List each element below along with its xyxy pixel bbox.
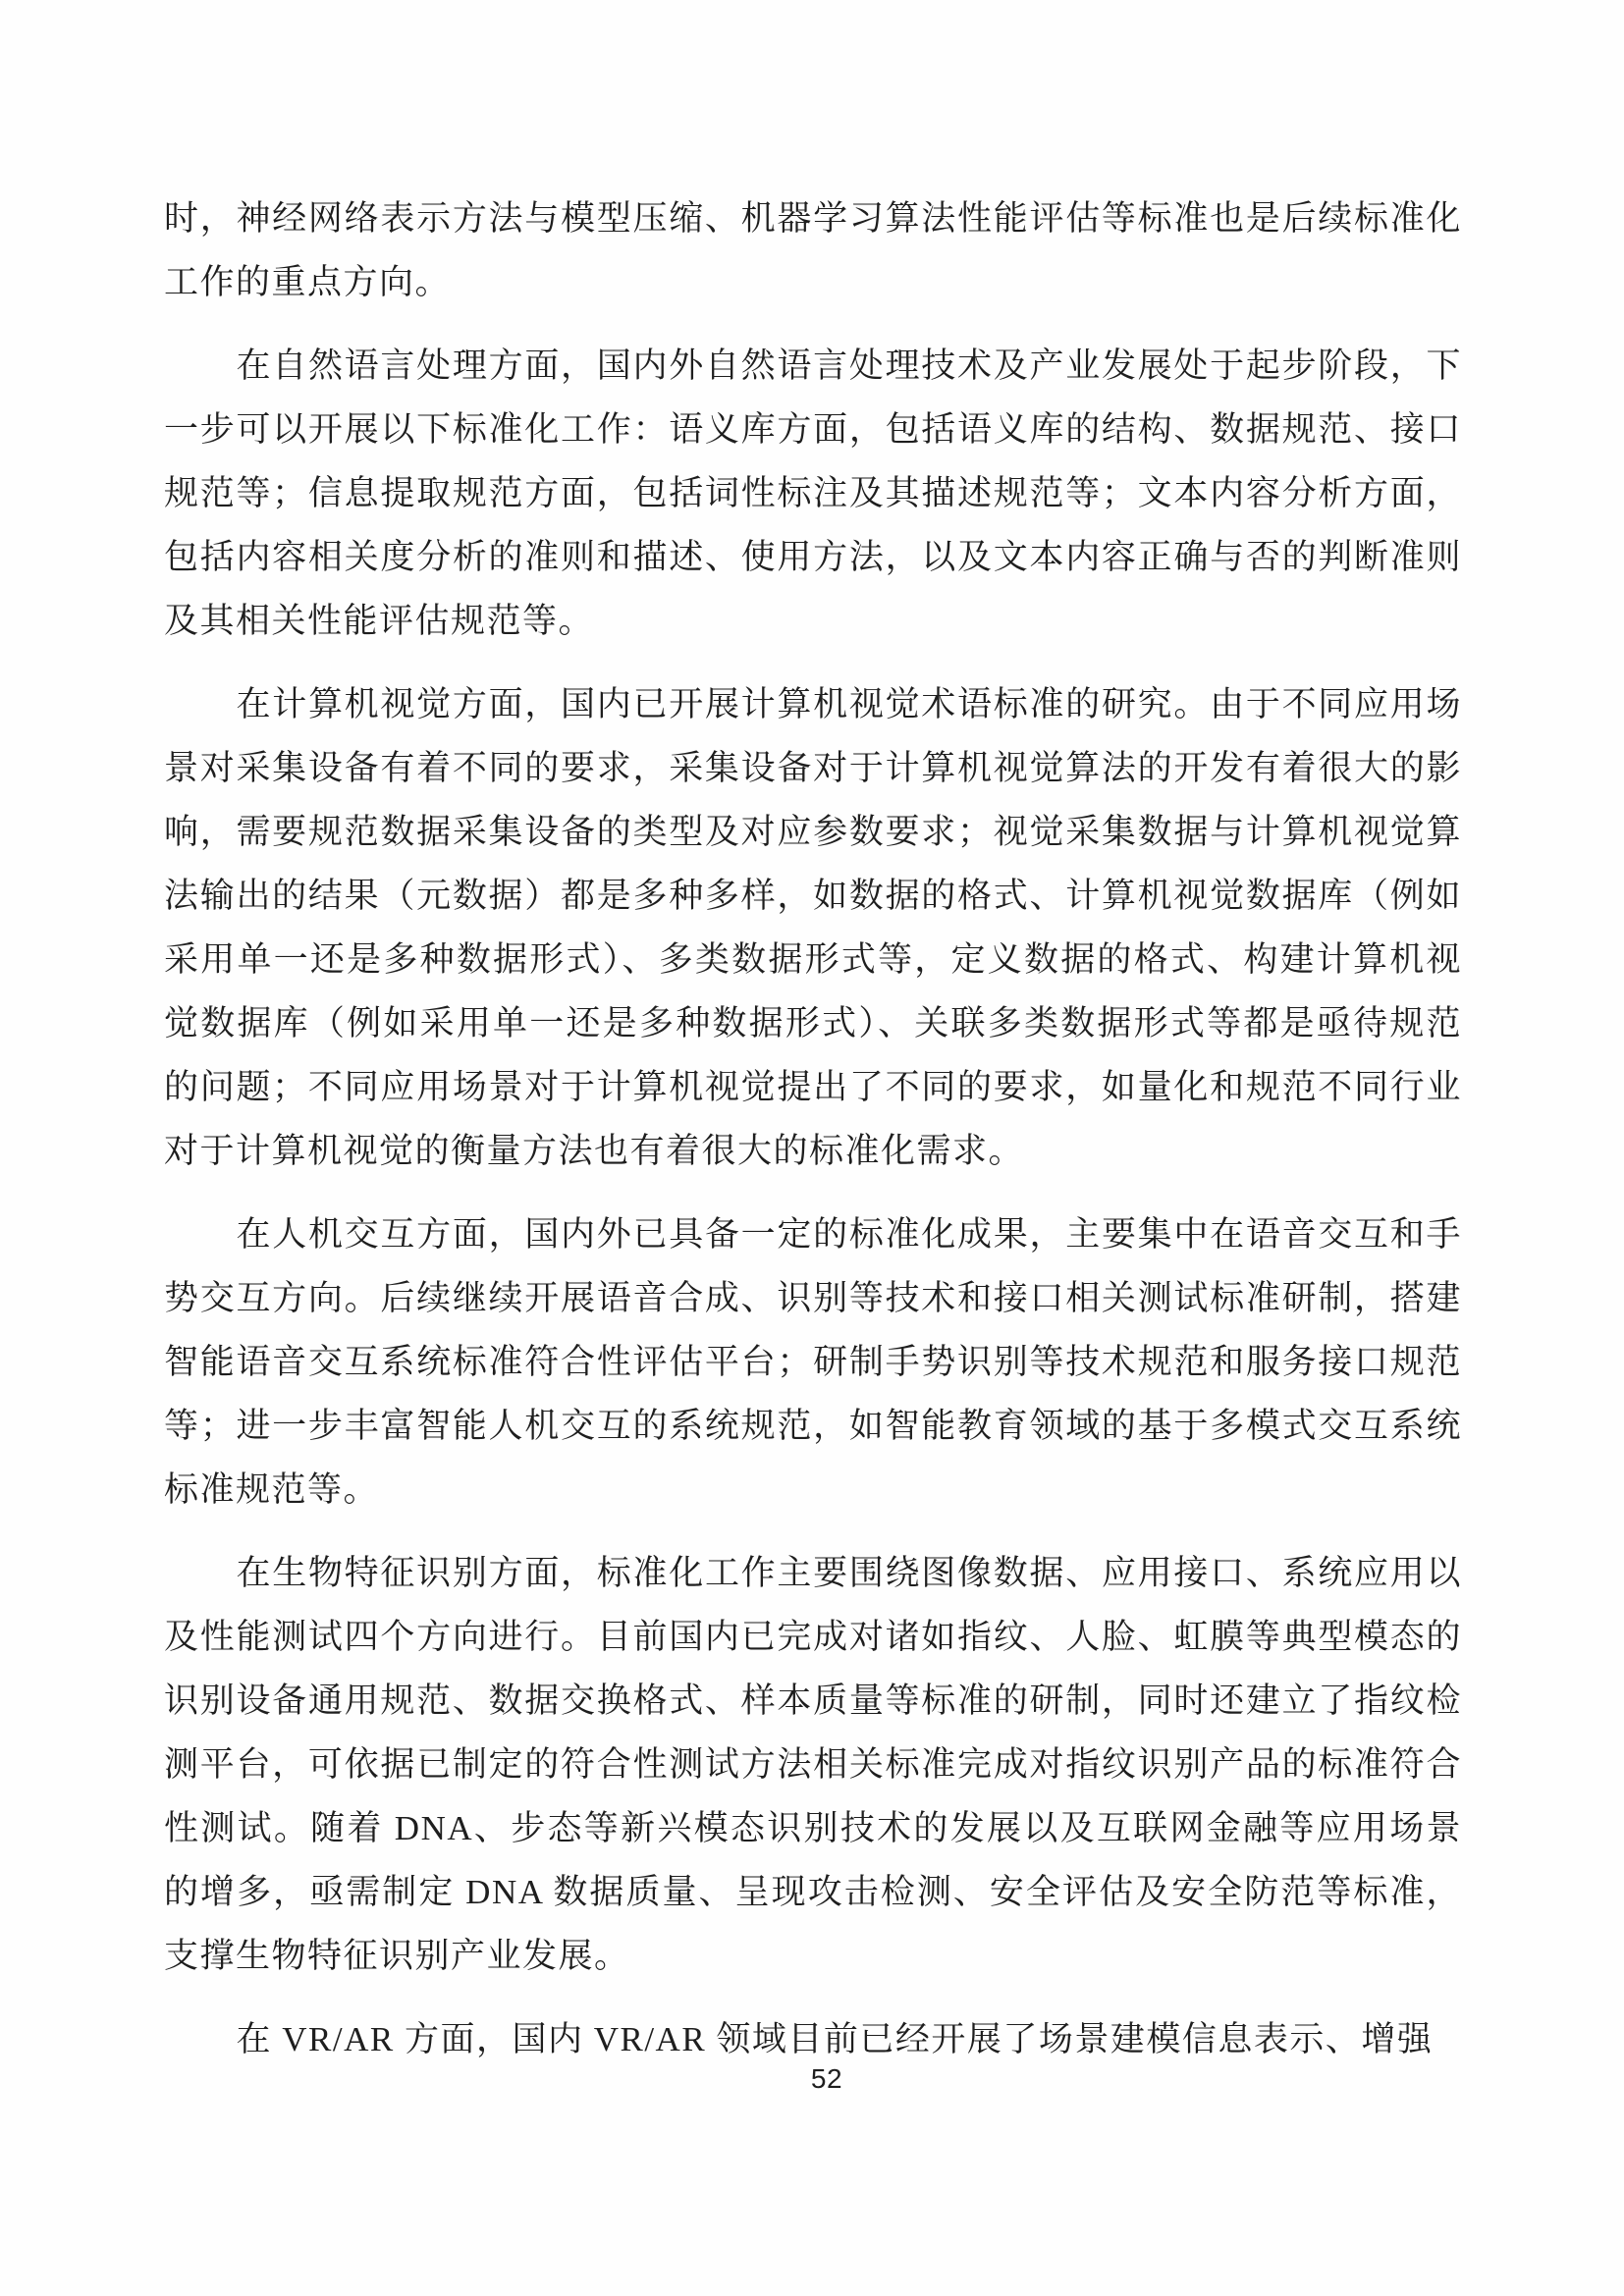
body-paragraph: 时，神经网络表示方法与模型压缩、机器学习算法性能评估等标准也是后续标准化工作的重… bbox=[164, 187, 1462, 314]
page-number: 52 bbox=[0, 2063, 1624, 2095]
body-paragraph: 在 VR/AR 方面，国内 VR/AR 领域目前已经开展了场景建模信息表示、增强 bbox=[164, 2007, 1462, 2071]
body-paragraph: 在计算机视觉方面，国内已开展计算机视觉术语标准的研究。由于不同应用场景对采集设备… bbox=[164, 672, 1462, 1183]
page-body-text: 时，神经网络表示方法与模型压缩、机器学习算法性能评估等标准也是后续标准化工作的重… bbox=[164, 187, 1462, 2091]
body-paragraph: 在人机交互方面，国内外已具备一定的标准化成果，主要集中在语音交互和手势交互方向。… bbox=[164, 1202, 1462, 1522]
body-paragraph: 在生物特征识别方面，标准化工作主要围绕图像数据、应用接口、系统应用以及性能测试四… bbox=[164, 1541, 1462, 1988]
document-page: 时，神经网络表示方法与模型压缩、机器学习算法性能评估等标准也是后续标准化工作的重… bbox=[0, 0, 1624, 2296]
body-paragraph: 在自然语言处理方面，国内外自然语言处理技术及产业发展处于起步阶段，下一步可以开展… bbox=[164, 334, 1462, 653]
